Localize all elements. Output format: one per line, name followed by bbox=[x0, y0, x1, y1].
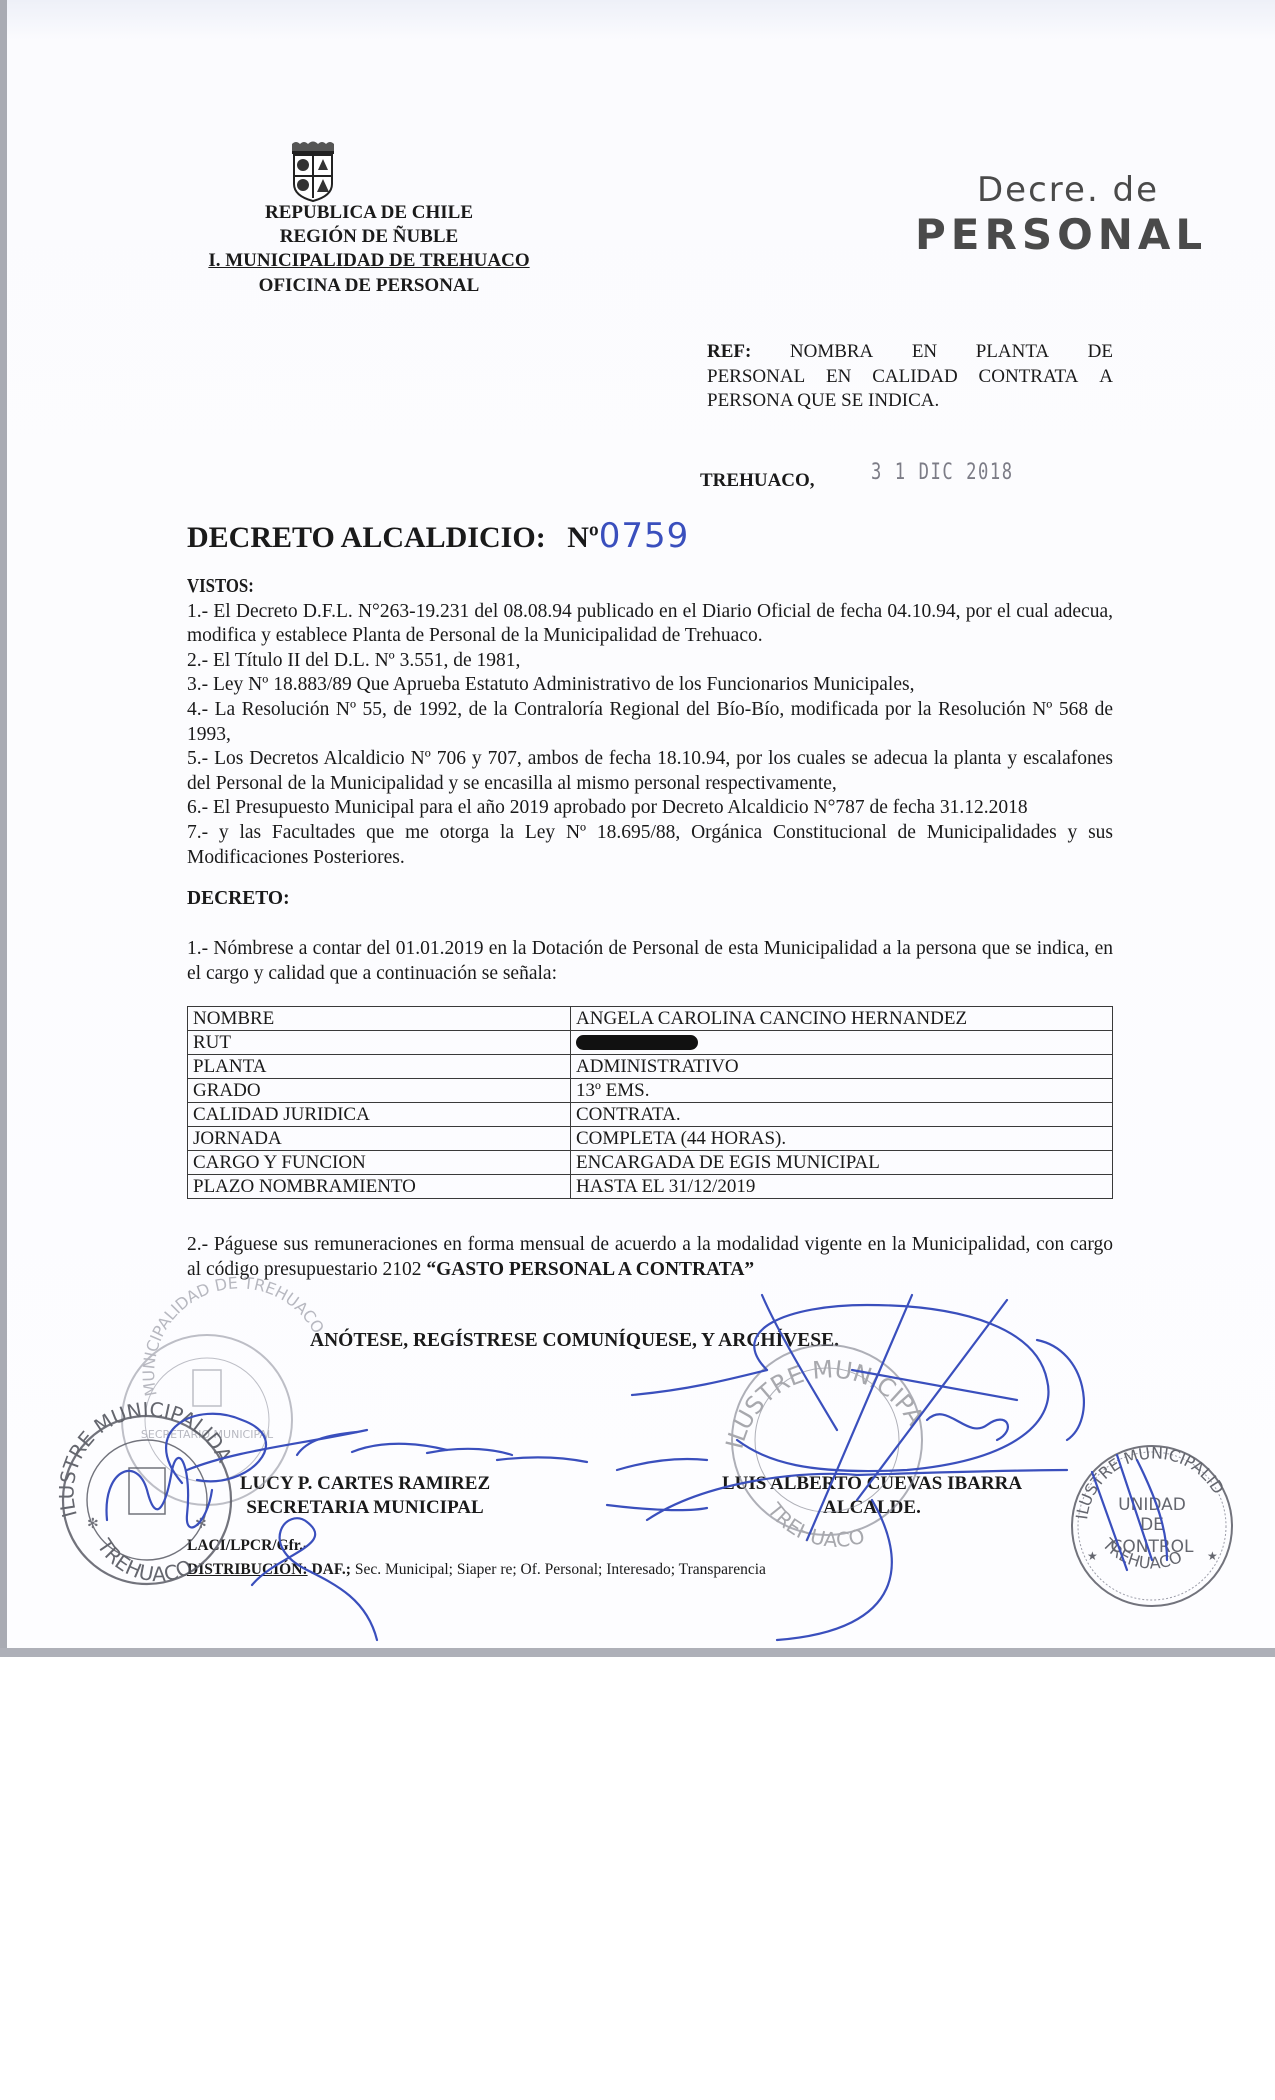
vistos-item: 3.- Ley Nº 18.883/89 Que Aprueba Estatut… bbox=[187, 673, 1113, 698]
decree-number-handwritten: 0759 bbox=[599, 516, 690, 556]
ref-word: NOMBRA bbox=[790, 340, 873, 365]
ref-word: CALIDAD bbox=[872, 365, 958, 390]
table-value-redacted bbox=[571, 1031, 1113, 1055]
vistos-item: 6.- El Presupuesto Municipal para el año… bbox=[187, 796, 1113, 821]
ref-line-2: PERSONAL EN CALIDAD CONTRATA A bbox=[707, 365, 1113, 390]
svg-text:SECRETARIO MUNICIPAL: SECRETARIO MUNICIPAL bbox=[141, 1428, 274, 1441]
decree-number-prefix: Nº bbox=[567, 521, 599, 554]
table-value: ADMINISTRATIVO bbox=[571, 1055, 1113, 1079]
svg-text:UNIDAD: UNIDAD bbox=[1118, 1495, 1186, 1515]
ref-word: DE bbox=[1088, 340, 1113, 365]
ref-line-3: PERSONA QUE SE INDICA. bbox=[707, 389, 1113, 414]
vistos-item: 4.- La Resolución Nº 55, de 1992, de la … bbox=[187, 698, 1113, 747]
table-key: PLAZO NOMBRAMIENTO bbox=[188, 1175, 571, 1199]
place: TREHUACO, bbox=[700, 470, 815, 492]
ref-word: EN bbox=[912, 340, 937, 365]
table-key: CARGO Y FUNCION bbox=[188, 1151, 571, 1175]
vistos-heading-text: VISTOS: bbox=[187, 575, 1111, 600]
vistos-section: VISTOS: 1.- El Decreto D.F.L. N°263-19.2… bbox=[187, 575, 1113, 870]
page-bottom-edge bbox=[0, 1648, 1275, 1657]
table-key: JORNADA bbox=[188, 1127, 571, 1151]
date-stamp: 3 1 DIC 2018 bbox=[871, 460, 1014, 485]
table-key: PLANTA bbox=[188, 1055, 571, 1079]
signature-right-title: ALCALDE. bbox=[697, 1497, 1047, 1519]
ref-word: PERSONAL bbox=[707, 365, 805, 390]
stamp-decre-de: Decre. de bbox=[977, 170, 1159, 210]
table-value: 13º EMS. bbox=[571, 1079, 1113, 1103]
table-row: JORNADACOMPLETA (44 HORAS). bbox=[188, 1127, 1113, 1151]
distribution-daf: DAF.; bbox=[308, 1561, 351, 1578]
distribution-label: DISTRIBUCIÓN: bbox=[187, 1561, 308, 1578]
distribution: DISTRIBUCIÓN: DAF.; Sec. Municipal; Siap… bbox=[187, 1561, 766, 1579]
table-row: PLAZO NOMBRAMIENTOHASTA EL 31/12/2019 bbox=[188, 1175, 1113, 1199]
svg-text:CONTROL: CONTROL bbox=[1110, 1537, 1194, 1557]
ref-word: CONTRATA bbox=[979, 365, 1079, 390]
table-row: NOMBREANGELA CAROLINA CANCINO HERNANDEZ bbox=[188, 1007, 1113, 1031]
signature-left-title: SECRETARIA MUNICIPAL bbox=[215, 1497, 515, 1519]
ref-word: A bbox=[1099, 365, 1113, 390]
decree-title: DECRETO ALCALDICIO: Nº0759 bbox=[187, 516, 689, 556]
vistos-item: 2.- El Título II del D.L. Nº 3.551, de 1… bbox=[187, 649, 1113, 674]
signature-secretaria-icon bbox=[107, 1414, 587, 1640]
header-region: REGIÓN DE ÑUBLE bbox=[179, 226, 559, 248]
table-row: RUT bbox=[188, 1031, 1113, 1055]
decreto-heading-block: DECRETO: bbox=[187, 887, 1113, 912]
ref-word: EN bbox=[826, 365, 851, 390]
header-municipality-text: I. MUNICIPALIDAD DE TREHUACO bbox=[208, 250, 529, 271]
svg-text:TREHUACO: TREHUACO bbox=[1098, 1534, 1185, 1573]
initials: LACI/LPCR/Gfr.- bbox=[187, 1537, 308, 1555]
table-value: ENCARGADA DE EGIS MUNICIPAL bbox=[571, 1151, 1113, 1175]
seal-secretaria-icon: MUNICIPALIDAD DE TREHUACO SECRETARIO MUN… bbox=[122, 1273, 328, 1505]
svg-text:MUNICIPALIDAD DE TREHUACO: MUNICIPALIDAD DE TREHUACO bbox=[139, 1273, 328, 1398]
signature-right-name: LUIS ALBERTO CUEVAS IBARRA bbox=[697, 1473, 1047, 1495]
vistos-item: 1.- El Decreto D.F.L. N°263-19.231 del 0… bbox=[187, 600, 1113, 649]
decreto-item-2: 2.- Páguese sus remuneraciones en forma … bbox=[187, 1233, 1113, 1282]
svg-text:✻: ✻ bbox=[195, 1517, 207, 1532]
stamp-personal: PERSONAL bbox=[915, 210, 1207, 259]
decreto-heading: DECRETO: bbox=[187, 887, 1113, 912]
decree-title-text: DECRETO ALCALDICIO: bbox=[187, 521, 546, 554]
vistos-item: 5.- Los Decretos Alcaldicio Nº 706 y 707… bbox=[187, 747, 1113, 796]
distribution-list: Sec. Municipal; Siaper re; Of. Personal;… bbox=[351, 1561, 766, 1578]
table-key: RUT bbox=[188, 1031, 571, 1055]
decreto-item-2-bold: “GASTO PERSONAL A CONTRATA” bbox=[426, 1259, 754, 1280]
table-row: PLANTAADMINISTRATIVO bbox=[188, 1055, 1113, 1079]
table-row: CARGO Y FUNCIONENCARGADA DE EGIS MUNICIP… bbox=[188, 1151, 1113, 1175]
table-value: COMPLETA (44 HORAS). bbox=[571, 1127, 1113, 1151]
ref-line-1: REF: NOMBRA EN PLANTA DE bbox=[707, 340, 1113, 365]
coat-of-arms-icon bbox=[286, 140, 340, 202]
table-row: CALIDAD JURIDICACONTRATA. bbox=[188, 1103, 1113, 1127]
table-value: CONTRATA. bbox=[571, 1103, 1113, 1127]
table-key: NOMBRE bbox=[188, 1007, 571, 1031]
table-value: HASTA EL 31/12/2019 bbox=[571, 1175, 1113, 1199]
header-country: REPUBLICA DE CHILE bbox=[179, 202, 559, 224]
table-row: GRADO13º EMS. bbox=[188, 1079, 1113, 1103]
decreto-item-1: 1.- Nómbrese a contar del 01.01.2019 en … bbox=[187, 937, 1113, 986]
ref-word: PLANTA bbox=[976, 340, 1049, 365]
ref-block: REF: NOMBRA EN PLANTA DE PERSONAL EN CAL… bbox=[707, 340, 1113, 414]
redaction-mark bbox=[576, 1035, 698, 1050]
table-key: GRADO bbox=[188, 1079, 571, 1103]
header-municipality: I. MUNICIPALIDAD DE TREHUACO bbox=[179, 250, 559, 272]
appointment-table: NOMBREANGELA CAROLINA CANCINO HERNANDEZ … bbox=[187, 1006, 1113, 1199]
table-key: CALIDAD JURIDICA bbox=[188, 1103, 571, 1127]
svg-text:DE: DE bbox=[1140, 1515, 1164, 1535]
header-office: OFICINA DE PERSONAL bbox=[179, 275, 559, 297]
ref-label: REF: bbox=[707, 340, 751, 365]
closing-formula: ANÓTESE, REGÍSTRESE COMUNÍQUESE, Y ARCHÍ… bbox=[310, 1330, 839, 1352]
vistos-heading: VISTOS: bbox=[187, 575, 1113, 600]
table-value: ANGELA CAROLINA CANCINO HERNANDEZ bbox=[571, 1007, 1113, 1031]
svg-text:★: ★ bbox=[1087, 1549, 1098, 1563]
vistos-item: 7.- y las Facultades que me otorga la Le… bbox=[187, 821, 1113, 870]
svg-text:★: ★ bbox=[1207, 1549, 1218, 1563]
svg-text:TREHUACO: TREHUACO bbox=[92, 1534, 196, 1586]
signature-left-name: LUCY P. CARTES RAMIREZ bbox=[215, 1473, 515, 1495]
scanned-page: REPUBLICA DE CHILE REGIÓN DE ÑUBLE I. MU… bbox=[0, 0, 1275, 1648]
svg-text:✻: ✻ bbox=[87, 1517, 99, 1532]
